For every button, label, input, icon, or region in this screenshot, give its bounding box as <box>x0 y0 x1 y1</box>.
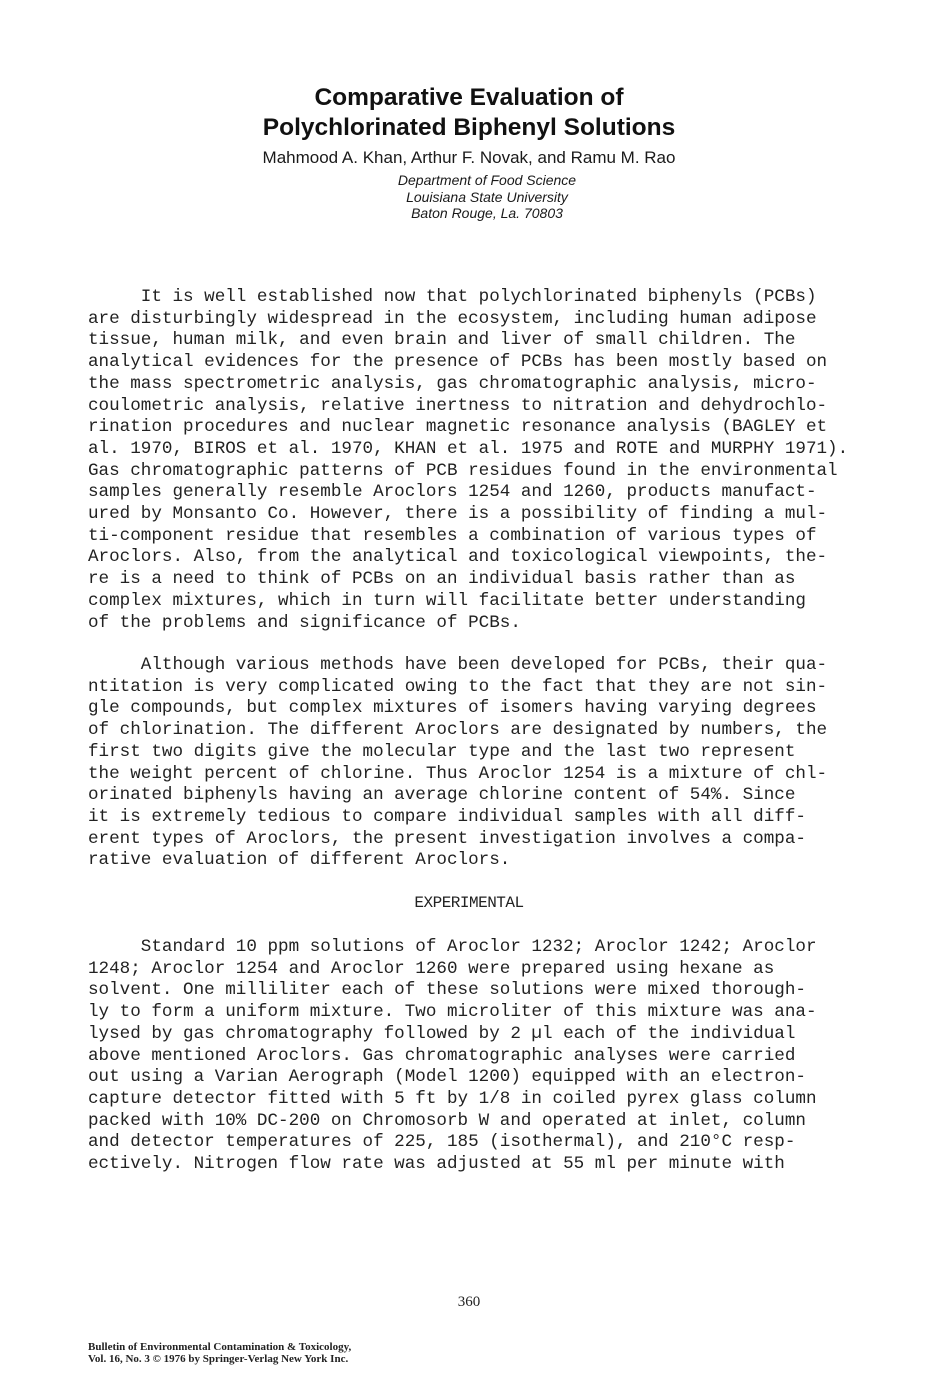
paragraph-intro: It is well established now that polychlo… <box>88 287 908 634</box>
page-number: 360 <box>0 1294 938 1311</box>
affiliation: Department of Food Science Louisiana Sta… <box>18 172 938 222</box>
journal-footer: Bulletin of Environmental Contamination … <box>88 1341 351 1365</box>
footer-line: Vol. 16, No. 3 © 1976 by Springer-Verlag… <box>88 1353 351 1365</box>
affiliation-line: Baton Rouge, La. 70803 <box>18 205 938 222</box>
footer-line: Bulletin of Environmental Contamination … <box>88 1341 351 1353</box>
title-line: Comparative Evaluation of <box>0 83 938 113</box>
affiliation-line: Department of Food Science <box>18 172 938 189</box>
section-heading-experimental: EXPERIMENTAL <box>0 894 938 912</box>
affiliation-line: Louisiana State University <box>18 189 938 206</box>
paragraph-experimental: Standard 10 ppm solutions of Aroclor 123… <box>88 937 908 1176</box>
paragraph-quantitation: Although various methods have been devel… <box>88 655 908 872</box>
title-line: Polychlorinated Biphenyl Solutions <box>0 113 938 143</box>
paper-title: Comparative Evaluation of Polychlorinate… <box>0 83 938 143</box>
authors: Mahmood A. Khan, Arthur F. Novak, and Ra… <box>0 147 938 169</box>
